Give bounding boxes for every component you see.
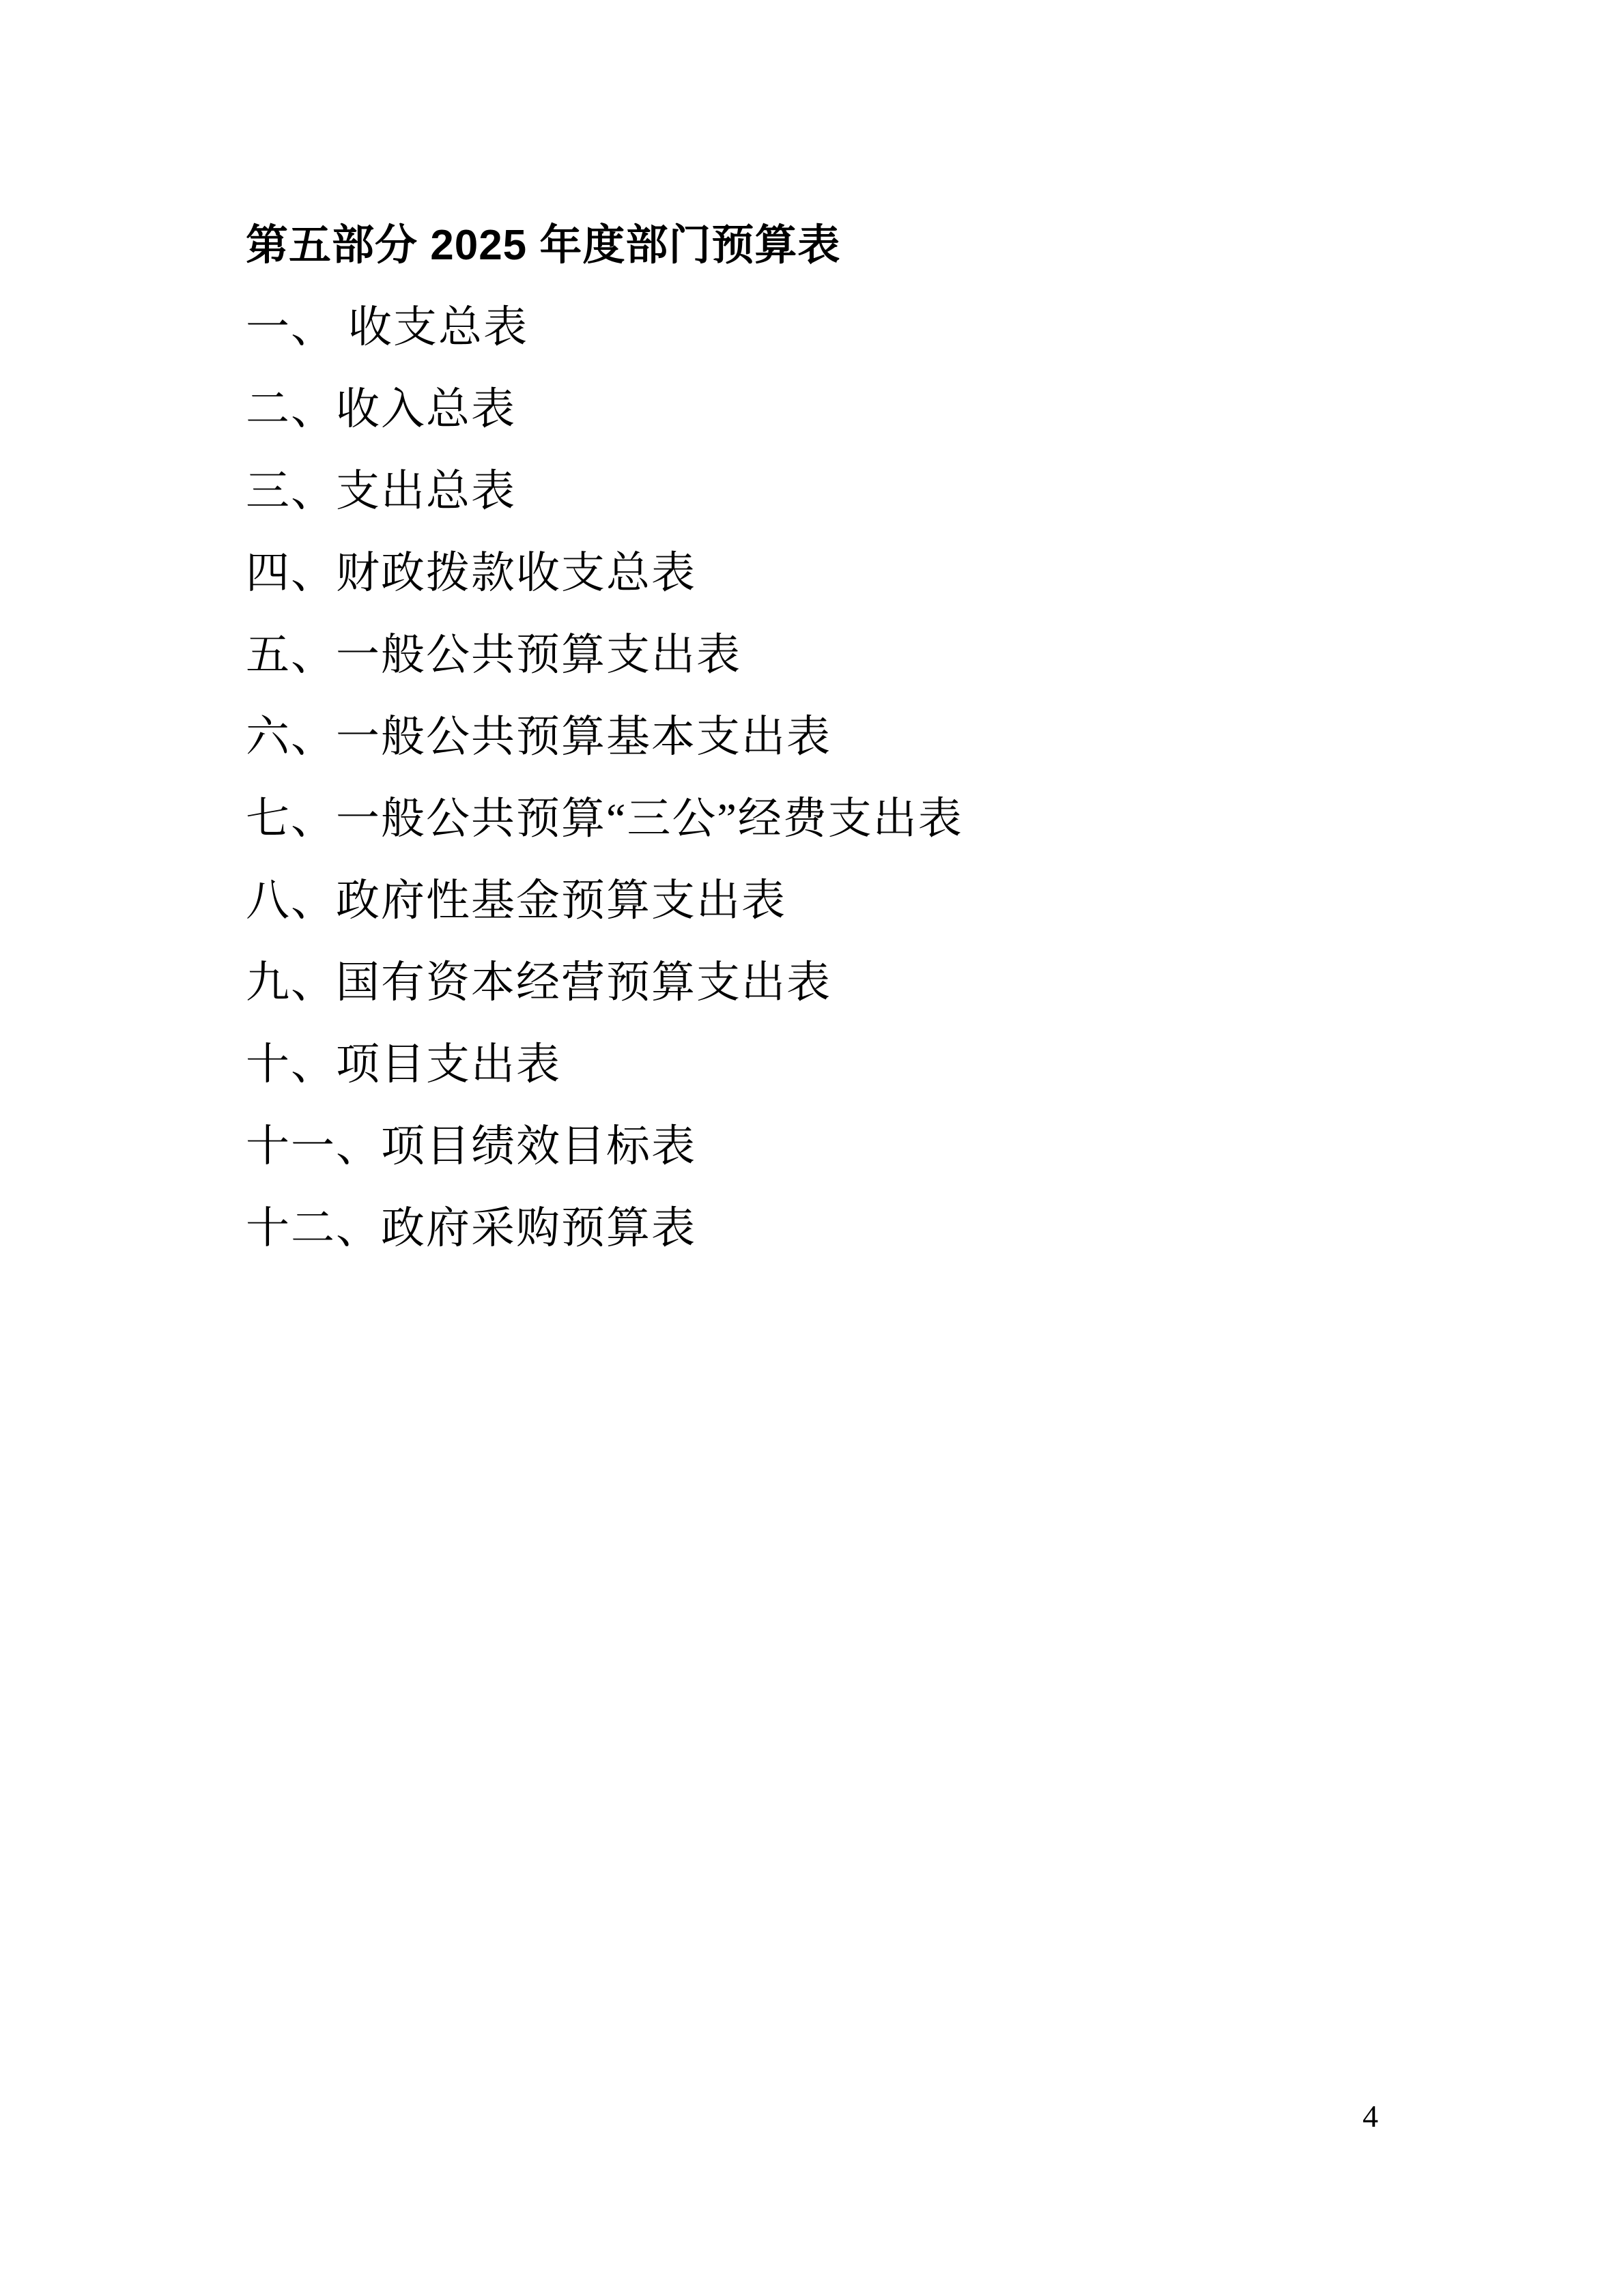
page-number: 4 [1363,2099,1378,2134]
toc-item-11: 十一、项目绩效目标表 [246,1106,1419,1188]
toc-item-10: 十、项目支出表 [246,1024,1419,1106]
toc-item-6: 六、一般公共预算基本支出表 [246,696,1419,778]
toc-item-5: 五、一般公共预算支出表 [246,614,1419,696]
page-content: 第五部分 2025 年度部门预算表 一、 收支总表 二、收入总表 三、支出总表 … [246,205,1419,1269]
toc-item-3: 三、支出总表 [246,450,1419,532]
toc-item-9: 九、国有资本经营预算支出表 [246,942,1419,1024]
document-page: 第五部分 2025 年度部门预算表 一、 收支总表 二、收入总表 三、支出总表 … [0,0,1624,2296]
toc-item-4: 四、财政拨款收支总表 [246,532,1419,614]
page-footer: 4 [0,2101,1378,2132]
section-title: 第五部分 2025 年度部门预算表 [246,205,1419,287]
toc-item-2: 二、收入总表 [246,369,1419,450]
toc-item-1: 一、 收支总表 [246,287,1419,369]
toc-item-7: 七、一般公共预算“三公”经费支出表 [246,778,1419,860]
toc-item-12: 十二、政府采购预算表 [246,1188,1419,1269]
toc-item-8: 八、政府性基金预算支出表 [246,860,1419,942]
